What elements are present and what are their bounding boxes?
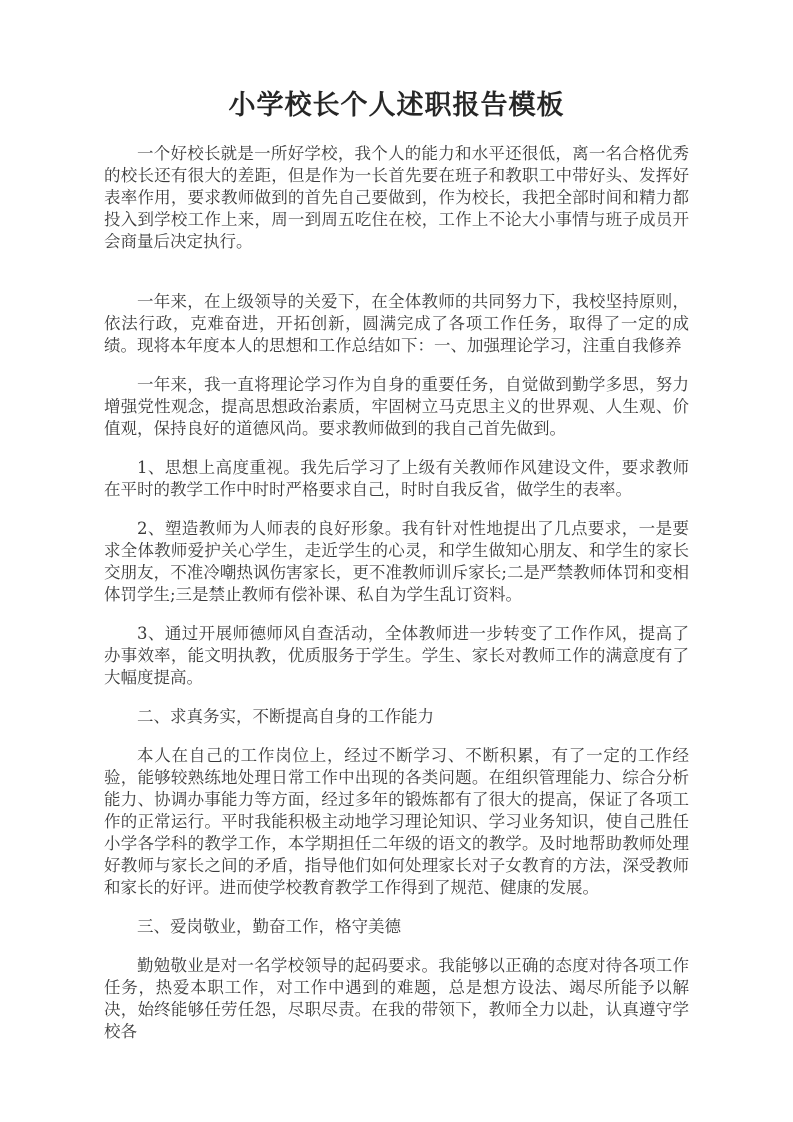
paragraph-theory-study: 一年来，我一直将理论学习作为自身的重要任务，自觉做到勤学多思，努力增强党性观念，… — [104, 374, 689, 440]
paragraph-point-3: 3、通过开展师德师风自查活动，全体教师进一步转变了工作作风，提高了办事效率，能文… — [104, 623, 689, 689]
document-page: 小学校长个人述职报告模板 一个好校长就是一所好学校，我个人的能力和水平还很低，离… — [0, 0, 793, 1122]
paragraph-point-2: 2、塑造教师为人师表的良好形象。我有针对性地提出了几点要求，一是要求全体教师爱护… — [104, 518, 689, 606]
paragraph-dedication-truncated: 勤勉敬业是对一名学校领导的起码要求。我能够以正确的态度对待各项工作任务，热爱本职… — [104, 955, 689, 1043]
document-title: 小学校长个人述职报告模板 — [104, 86, 689, 126]
section-3-heading: 三、爱岗敬业，勤奋工作，格守美德 — [104, 916, 689, 938]
paragraph-point-1: 1、思想上高度重视。我先后学习了上级有关教师作风建设文件，要求教师在平时的教学工… — [104, 457, 689, 501]
section-2-heading: 二、求真务实，不断提高自身的工作能力 — [104, 706, 689, 728]
document-content: 小学校长个人述职报告模板 一个好校长就是一所好学校，我个人的能力和水平还很低，离… — [104, 0, 689, 1043]
paragraph-intro: 一个好校长就是一所好学校，我个人的能力和水平还很低，离一名合格优秀的校长还有很大… — [104, 143, 689, 253]
paragraph-work-ability: 本人在自己的工作岗位上，经过不断学习、不断积累，有了一定的工作经验，能够较熟练地… — [104, 745, 689, 899]
paragraph-year-summary-with-section-1-heading: 一年来，在上级领导的关爱下，在全体教师的共同努力下，我校坚持原则，依法行政，克难… — [104, 291, 689, 357]
